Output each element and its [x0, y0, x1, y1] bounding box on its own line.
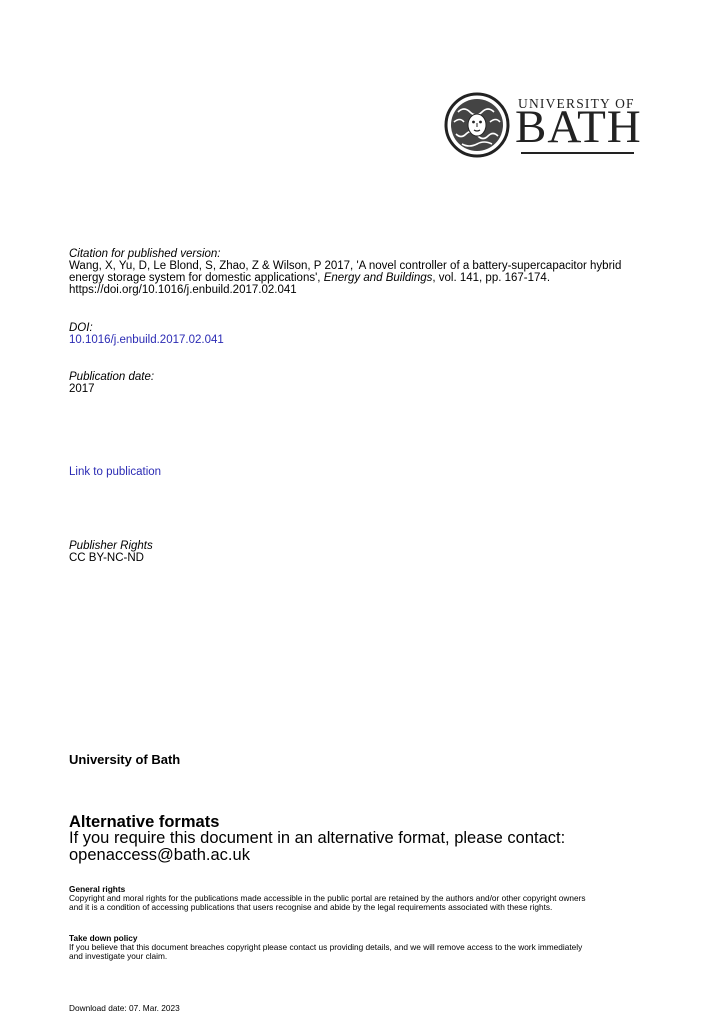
citation-text: energy storage system for domestic appli… [69, 272, 324, 284]
alternative-formats-text: If you require this document in an alter… [69, 830, 565, 847]
publisher-rights-label: Publisher Rights [69, 540, 153, 552]
citation-line-2: energy storage system for domestic appli… [69, 272, 689, 284]
take-down-line-2: and investigate your claim. [69, 952, 709, 961]
journal-name: Energy and Buildings [324, 272, 433, 284]
alternative-formats-title: Alternative formats [69, 814, 565, 830]
institution-heading: University of Bath [69, 752, 180, 767]
doi-link[interactable]: 10.1016/j.enbuild.2017.02.041 [69, 334, 224, 346]
doi-block: DOI: 10.1016/j.enbuild.2017.02.041 [69, 322, 224, 346]
citation-label: Citation for published version: [69, 248, 689, 260]
publication-date-value: 2017 [69, 383, 154, 395]
bath-seal-icon [444, 92, 510, 158]
publication-date-block: Publication date: 2017 [69, 371, 154, 395]
download-date: Download date: 07. Mar. 2023 [69, 1004, 180, 1013]
contact-email[interactable]: openaccess@bath.ac.uk [69, 847, 565, 864]
publication-date-label: Publication date: [69, 371, 154, 383]
logo-underline [521, 152, 634, 154]
publisher-rights-value: CC BY-NC-ND [69, 552, 153, 564]
take-down-block: Take down policy If you believe that thi… [69, 934, 709, 961]
logo-bath: BATH [515, 104, 642, 151]
publisher-rights-block: Publisher Rights CC BY-NC-ND [69, 540, 153, 564]
citation-volume: , vol. 141, pp. 167-174. [432, 272, 550, 284]
general-rights-block: General rights Copyright and moral right… [69, 885, 709, 912]
citation-block: Citation for published version: Wang, X,… [69, 248, 689, 296]
citation-line-1: Wang, X, Yu, D, Le Blond, S, Zhao, Z & W… [69, 260, 689, 272]
general-rights-line-2: and it is a condition of accessing publi… [69, 903, 709, 912]
university-logo: UNIVERSITY OF BATH [444, 92, 636, 158]
citation-url: https://doi.org/10.1016/j.enbuild.2017.0… [69, 284, 689, 296]
link-to-publication[interactable]: Link to publication [69, 466, 161, 478]
doi-label: DOI: [69, 322, 224, 334]
alternative-formats-block: Alternative formats If you require this … [69, 814, 565, 864]
